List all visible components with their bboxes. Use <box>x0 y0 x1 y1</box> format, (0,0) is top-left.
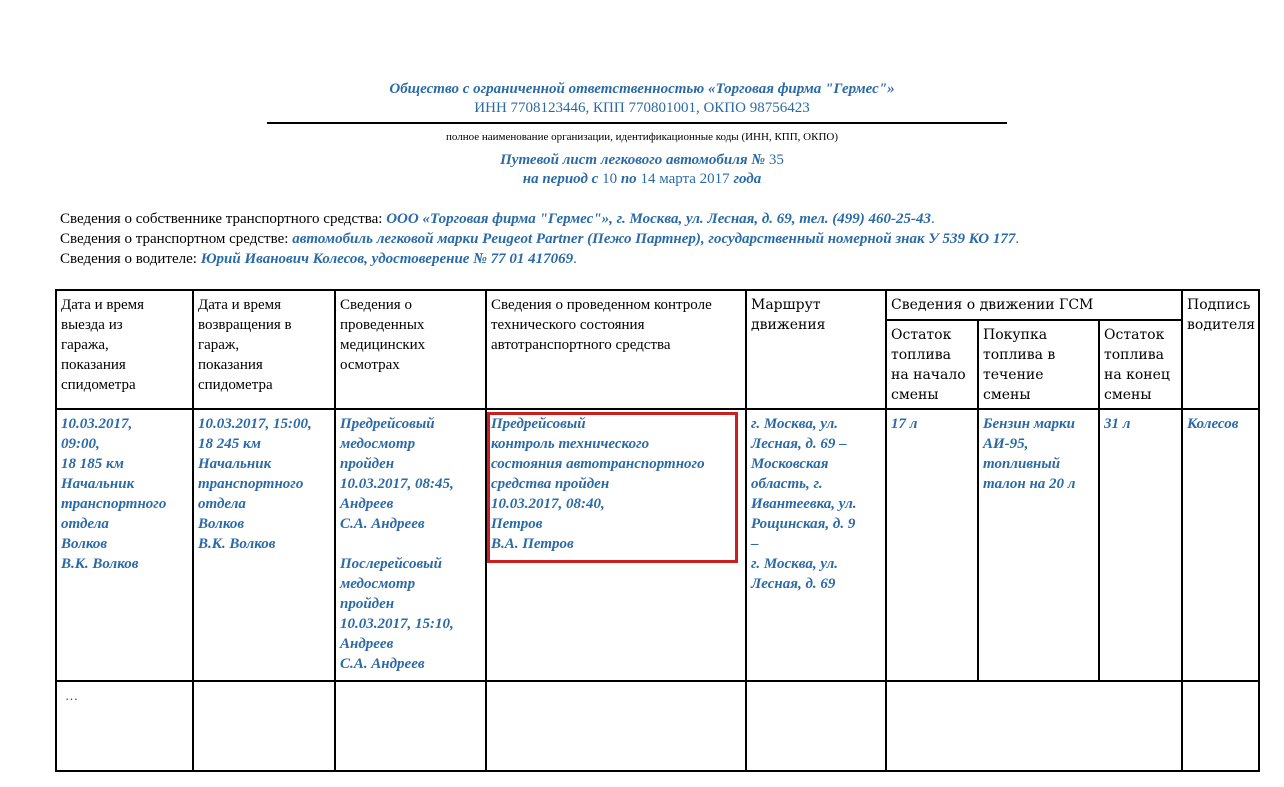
document-title: Путевой лист легкового автомобиля № 35 <box>0 151 1284 170</box>
header-fuel-purchase: Покупка топлива в течение смены <box>978 320 1099 409</box>
header-return: Дата и время возвращения в гараж, показа… <box>193 290 335 409</box>
cell-line: контроль технического <box>491 434 741 454</box>
cell-empty <box>746 681 886 771</box>
cell-line: отдела <box>198 494 330 514</box>
cell-line: медосмотр <box>340 434 481 454</box>
cell-empty-fuel <box>886 681 1182 771</box>
cell-fuel-start: 17 л <box>886 409 978 681</box>
cell-route: г. Москва, ул.Лесная, д. 69 –Московскаяо… <box>746 409 886 681</box>
cell-line: пройден <box>340 594 481 614</box>
cell-line: Лесная, д. 69 – <box>751 434 881 454</box>
cell-line: медосмотр <box>340 574 481 594</box>
header-route: Маршрут движения <box>746 290 886 409</box>
cell-line: Андреев <box>340 634 481 654</box>
period-to: 14 марта 2017 <box>637 171 734 187</box>
cell-line: талон на 20 л <box>983 474 1094 494</box>
cell-line: 10.03.2017, <box>61 414 188 434</box>
cell-empty <box>193 681 335 771</box>
cell-line: С.А. Андреев <box>340 514 481 534</box>
rule-caption: полное наименование организации, идентиф… <box>0 130 1284 144</box>
vehicle-label: Сведения о транспортном средстве: <box>60 231 292 247</box>
period-mark: . <box>1015 231 1019 247</box>
cell-empty <box>335 681 486 771</box>
cell-medical: Предрейсовыймедосмотрпройден10.03.2017, … <box>335 409 486 681</box>
period-mark: . <box>931 211 935 227</box>
cell-continuation: … <box>56 681 193 771</box>
vehicle-info: Сведения о транспортном средстве: автомо… <box>60 229 1019 249</box>
header-signature: Подпись водителя <box>1182 290 1259 409</box>
cell-line: область, г. <box>751 474 881 494</box>
owner-info: Сведения о собственнике транспортного ср… <box>60 209 935 229</box>
organization-name: Общество с ограниченной ответственностью… <box>0 80 1284 99</box>
cell-line: Московская <box>751 454 881 474</box>
cell-line: В.К. Волков <box>61 554 188 574</box>
header-fuel-group: Сведения о движении ГСМ <box>886 290 1182 320</box>
cell-line: Волков <box>198 514 330 534</box>
table-row: 10.03.2017,09:00,18 185 кмНачальниктранс… <box>56 409 1259 681</box>
period-from: 10 <box>598 171 621 187</box>
cell-line: – <box>751 534 881 554</box>
cell-line: 10.03.2017, 08:40, <box>491 494 741 514</box>
document-period: на период с 10 по 14 марта 2017 года <box>0 170 1284 189</box>
cell-line: пройден <box>340 454 481 474</box>
cell-return: 10.03.2017, 15:00,18 245 кмНачальниктран… <box>193 409 335 681</box>
header-departure: Дата и время выезда из гаража, показания… <box>56 290 193 409</box>
period-mark: . <box>573 251 577 267</box>
cell-line: АИ-95, <box>983 434 1094 454</box>
cell-signature: Колесов <box>1182 409 1259 681</box>
table-row: … <box>56 681 1259 771</box>
cell-line: средства пройден <box>491 474 741 494</box>
cell-line: 18 185 км <box>61 454 188 474</box>
title-number: 35 <box>765 152 784 168</box>
cell-line: Андреев <box>340 494 481 514</box>
cell-departure: 10.03.2017,09:00,18 185 кмНачальниктранс… <box>56 409 193 681</box>
period-prefix: на период с <box>523 171 599 187</box>
cell-line: Бензин марки <box>983 414 1094 434</box>
cell-line: 10.03.2017, 15:10, <box>340 614 481 634</box>
vehicle-value: автомобиль легковой марки Peugeot Partne… <box>292 231 1015 247</box>
organization-codes: ИНН 7708123446, КПП 770801001, ОКПО 9875… <box>0 99 1284 118</box>
cell-line: 10.03.2017, 08:45, <box>340 474 481 494</box>
cell-technical: Предрейсовыйконтроль техническогосостоян… <box>486 409 746 681</box>
cell-line: транспортного <box>61 494 188 514</box>
cell-line: С.А. Андреев <box>340 654 481 674</box>
cell-line: 10.03.2017, 15:00, <box>198 414 330 434</box>
cell-line: Послерейсовый <box>340 554 481 574</box>
cell-line: Начальник <box>61 474 188 494</box>
cell-line: В.А. Петров <box>491 534 741 554</box>
continuation-ellipsis: … <box>61 688 78 703</box>
cell-line: Предрейсовый <box>491 414 741 434</box>
header-fuel-start: Остаток топлива на начало смены <box>886 320 978 409</box>
cell-line: состояния автотранспортного <box>491 454 741 474</box>
cell-line: Начальник <box>198 454 330 474</box>
period-suffix: года <box>733 171 761 187</box>
cell-empty <box>486 681 746 771</box>
cell-empty <box>1182 681 1259 771</box>
owner-label: Сведения о собственнике транспортного ср… <box>60 211 386 227</box>
title-prefix: Путевой лист легкового автомобиля № <box>500 152 765 168</box>
cell-line: Рощинская, д. 9 <box>751 514 881 534</box>
cell-line: Ивантеевка, ул. <box>751 494 881 514</box>
cell-line: Волков <box>61 534 188 554</box>
header-fuel-end: Остаток топлива на конец смены <box>1099 320 1182 409</box>
owner-value: ООО «Торговая фирма "Гермес"», г. Москва… <box>386 211 931 227</box>
driver-label: Сведения о водителе: <box>60 251 201 267</box>
cell-line: г. Москва, ул. <box>751 554 881 574</box>
header-technical: Сведения о проведенном контроле техничес… <box>486 290 746 409</box>
cell-line: Предрейсовый <box>340 414 481 434</box>
cell-line: 18 245 км <box>198 434 330 454</box>
period-mid: по <box>621 171 637 187</box>
cell-line: Петров <box>491 514 741 534</box>
cell-line: Лесная, д. 69 <box>751 574 881 594</box>
cell-fuel-end: 31 л <box>1099 409 1182 681</box>
driver-info: Сведения о водителе: Юрий Иванович Колес… <box>60 249 577 269</box>
driver-value: Юрий Иванович Колесов, удостоверение № 7… <box>201 251 573 267</box>
cell-line: отдела <box>61 514 188 534</box>
cell-line: 09:00, <box>61 434 188 454</box>
cell-fuel-purchase: Бензин маркиАИ-95,топливныйталон на 20 л <box>978 409 1099 681</box>
cell-line: транспортного <box>198 474 330 494</box>
cell-line: топливный <box>983 454 1094 474</box>
underline-rule <box>267 122 1007 124</box>
cell-line: г. Москва, ул. <box>751 414 881 434</box>
waybill-table: Дата и время выезда из гаража, показания… <box>55 289 1260 772</box>
cell-line: В.К. Волков <box>198 534 330 554</box>
header-medical: Сведения о проведенных медицинских осмот… <box>335 290 486 409</box>
